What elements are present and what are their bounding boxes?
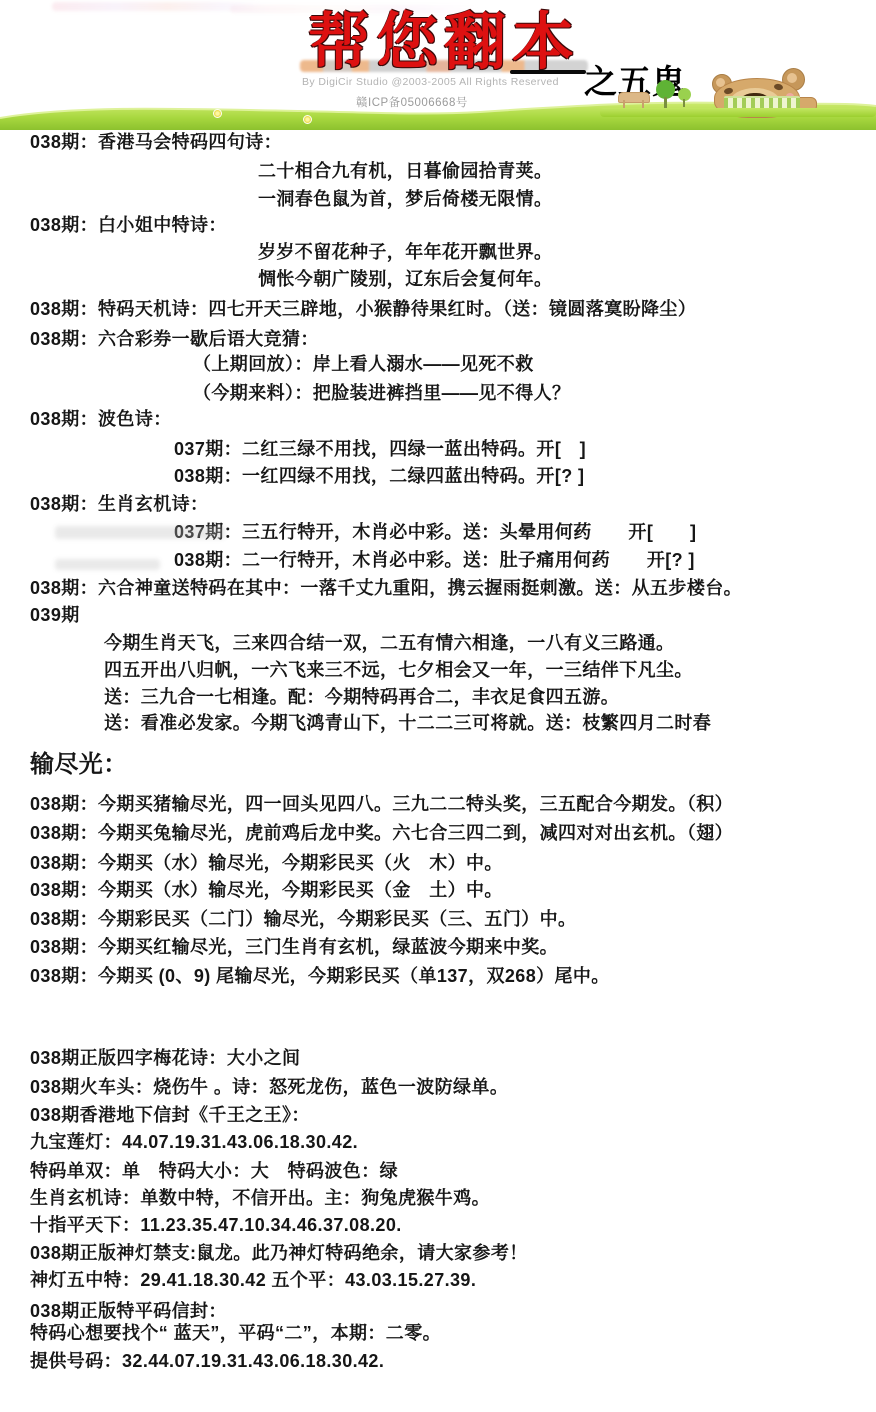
line-039-4: 送：看准必发家。今期飞鸿青山下，十二二三可将就。送：枝繁四月二时春 <box>104 714 711 734</box>
faded-print-artifact <box>55 559 160 570</box>
tree-trunk <box>664 97 667 108</box>
line-039-title: 039期 <box>30 606 80 626</box>
line-tigonghaoma: 提供号码：32.44.07.19.31.43.06.18.30.42. <box>30 1352 384 1372</box>
title-brush-stroke <box>510 70 586 74</box>
line-sjg-5: 038期：今期彩民买（二门）输尽光，今期彩民买（三、五门）中。 <box>30 910 576 930</box>
line-sjg-1: 038期：今期买猪输尽光，四一回头见四八。三九二二特头奖，三五配合今期发。（积） <box>30 795 733 815</box>
bench-leg <box>642 100 644 108</box>
line-xiehouyu-prev: （上期回放）：岸上看人溺水——见死不救 <box>193 355 534 375</box>
line-039-1: 今期生肖天飞，三来四合结一双，二五有情六相逢，一八有义三路通。 <box>104 634 674 654</box>
line-shentong: 038期：六合神童送特码在其中：一落千丈九重阳，携云握雨挺刺激。送：从五步楼台。 <box>30 579 742 599</box>
page-title: 帮您翻本 <box>308 8 580 79</box>
line-sjg-4: 038期：今期买（水）输尽光，今期彩民买（金 土）中。 <box>30 881 503 901</box>
grass-highlight <box>600 108 876 117</box>
line-xiehouyu-curr: （今期来料）：把脸装进裤挡里——见不得人？ <box>193 384 570 404</box>
bear-ear-inner <box>787 73 797 83</box>
line-poem4-2: 一洞春色鼠为首，梦后倚楼无限情。 <box>258 190 552 210</box>
flower-icon <box>213 109 222 118</box>
line-sec-poem4-title: 038期：香港马会特码四句诗： <box>30 133 282 153</box>
line-shengxiao-037: 037期：三五行特开，木肖必中彩。送：头晕用何药 开[ ] <box>174 523 696 543</box>
line-boseshi-038: 038期：一红四绿不用找，二绿四蓝出特码。开[? ] <box>174 467 584 487</box>
line-sec-baixiaojie-title: 038期：白小姐中特诗： <box>30 216 227 236</box>
tree-trunk <box>683 99 685 107</box>
faded-print-artifact <box>55 526 225 539</box>
line-xinfeng-title: 038期香港地下信封《千王之王》： <box>30 1106 310 1126</box>
line-boseshi-037: 037期：二红三绿不用找，四绿一蓝出特码。开[ ] <box>174 440 586 460</box>
line-shengxiao-038: 038期：二一行特开，木肖必中彩。送：肚子痛用何药 开[? ] <box>174 551 695 571</box>
line-039-2: 四五开出八归帆，一六飞来三不远，七夕相会又一年，一三结伴下凡尘。 <box>104 661 693 681</box>
pink-smudge-artifact <box>52 2 262 11</box>
line-baixiaojie-1: 岁岁不留花种子，年年花开飘世界。 <box>258 243 552 263</box>
line-tepingma-title: 038期正版特平码信封： <box>30 1302 227 1322</box>
line-sjg-6: 038期：今期买红输尽光，三门生肖有玄机，绿蓝波今期来中奖。 <box>30 938 558 958</box>
bench-leg <box>623 100 625 108</box>
line-xuanjishi: 生肖玄机诗：单数中特，不信开出。主：狗兔虎猴牛鸡。 <box>30 1189 490 1209</box>
line-jiubaoliandeng: 九宝莲灯：44.07.19.31.43.06.18.30.42. <box>30 1133 358 1153</box>
page: 帮您翻本 之五鬼 By DigiCir Studio @2003-2005 Al… <box>0 0 876 1412</box>
line-boseshi-title: 038期：波色诗： <box>30 410 172 430</box>
line-shendeng-wuzhongte: 神灯五中特：29.41.18.30.42 五个平：43.03.15.27.39. <box>30 1271 476 1291</box>
line-sjg-3: 038期：今期买（水）输尽光，今期彩民买（火 木）中。 <box>30 854 503 874</box>
line-sjg-7: 038期：今期买 (0、9) 尾输尽光，今期彩民买（单137，双268）尾中。 <box>30 967 610 987</box>
line-meihuashi: 038期正版四字梅花诗：大小之间 <box>30 1049 300 1069</box>
line-danshuang: 特码单双：单 特码大小：大 特码波色：绿 <box>30 1162 398 1182</box>
line-tepingma-1: 特码心想要找个“ 蓝天”，平码“二”，本期：二零。 <box>30 1324 441 1344</box>
line-huochetou: 038期火车头：烧伤牛 。诗：怒死龙伤，蓝色一波防绿单。 <box>30 1078 508 1098</box>
line-shizhi: 十指平天下：11.23.35.47.10.34.46.37.08.20. <box>30 1216 402 1236</box>
line-xiehouyu-title: 038期：六合彩券一歇后语大竞猜： <box>30 330 319 350</box>
line-sjg-2: 038期：今期买兔输尽光，虎前鸡后龙中奖。六七合三四二到，减四对对出玄机。（翅） <box>30 824 733 844</box>
flower-icon <box>303 115 312 124</box>
line-039-3: 送：三九合一七相逢。配：今期特码再合二，丰衣足食四五游。 <box>104 688 619 708</box>
line-shendeng-jinzhi: 038期正版神灯禁支:鼠龙。此乃神灯特码绝余，请大家参考！ <box>30 1244 528 1264</box>
line-poem4-1: 二十相合九有机，日暮偷园拾青荚。 <box>258 162 552 182</box>
line-shengxiao-title: 038期：生肖玄机诗： <box>30 495 208 515</box>
line-tianjishi: 038期：特码天机诗：四七开天三辟地，小猴静待果红时。（送：镜圆落寞盼降尘） <box>30 300 696 320</box>
heading-shujinguang: 输尽光： <box>30 752 128 778</box>
line-baixiaojie-2: 惆怅今朝广陵别，辽东后会复何年。 <box>258 270 552 290</box>
bear-ear-inner <box>716 78 725 87</box>
copyright-text: By DigiCir Studio @2003-2005 All Rights … <box>302 76 559 88</box>
